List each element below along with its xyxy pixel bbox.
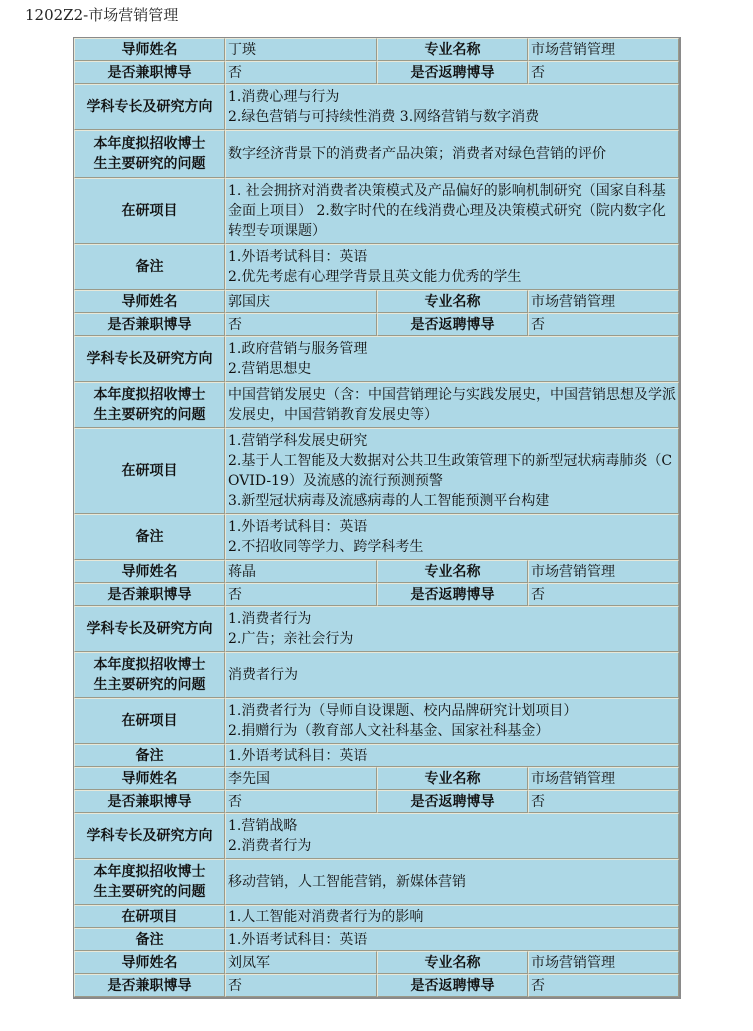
- part-time-value: 否: [225, 61, 377, 84]
- notes-label: 备注: [74, 514, 225, 560]
- notes-line: 2.优先考虑有心理学背景且英文能力优秀的学生: [228, 267, 676, 287]
- research-direction-label: 学科专长及研究方向: [74, 606, 225, 652]
- table-row: 导师姓名 刘凤军 专业名称 市场营销管理: [74, 951, 679, 974]
- phd-topics-label-line2: 生主要研究的问题: [77, 405, 222, 425]
- research-direction-line: 1.政府营销与服务管理: [228, 339, 676, 359]
- phd-topics-value: 移动营销，人工智能营销，新媒体营销: [225, 859, 679, 905]
- table-row: 在研项目 1.人工智能对消费者行为的影响: [74, 905, 679, 928]
- ongoing-projects-label: 在研项目: [74, 178, 225, 244]
- major-name-value: 市场营销管理: [528, 951, 679, 974]
- rehired-value: 否: [528, 790, 679, 813]
- phd-topics-label-line2: 生主要研究的问题: [77, 154, 222, 174]
- rehired-label: 是否返聘博导: [377, 790, 528, 813]
- table-row: 备注 1.外语考试科目：英语 2.优先考虑有心理学背景且英文能力优秀的学生: [74, 244, 679, 290]
- table-row: 学科专长及研究方向 1.消费者行为 2.广告；亲社会行为: [74, 606, 679, 652]
- notes-value: 1.外语考试科目：英语 2.优先考虑有心理学背景且英文能力优秀的学生: [225, 244, 679, 290]
- research-direction-label: 学科专长及研究方向: [74, 813, 225, 859]
- advisor-name-value: 蒋晶: [225, 560, 377, 583]
- table-row: 学科专长及研究方向 1.政府营销与服务管理 2.营销思想史: [74, 336, 679, 382]
- table-row: 是否兼职博导 否 是否返聘博导 否: [74, 583, 679, 606]
- table-row: 导师姓名 郭国庆 专业名称 市场营销管理: [74, 290, 679, 313]
- phd-topics-value: 数字经济背景下的消费者产品决策；消费者对绿色营销的评价: [225, 130, 679, 178]
- major-name-value: 市场营销管理: [528, 767, 679, 790]
- notes-line: 2.不招收同等学力、跨学科考生: [228, 537, 676, 557]
- research-direction-value: 1.政府营销与服务管理 2.营销思想史: [225, 336, 679, 382]
- major-name-label: 专业名称: [377, 767, 528, 790]
- part-time-label: 是否兼职博导: [74, 313, 225, 336]
- advisor-name-value: 丁瑛: [225, 38, 377, 61]
- research-direction-value: 1.消费者行为 2.广告；亲社会行为: [225, 606, 679, 652]
- phd-topics-label: 本年度拟招收博士 生主要研究的问题: [74, 859, 225, 905]
- major-name-value: 市场营销管理: [528, 38, 679, 61]
- advisor-name-value: 刘凤军: [225, 951, 377, 974]
- major-name-label: 专业名称: [377, 560, 528, 583]
- notes-line: 1.外语考试科目：英语: [228, 247, 676, 267]
- phd-topics-label-line2: 生主要研究的问题: [77, 882, 222, 902]
- ongoing-projects-value: 1. 社会拥挤对消费者决策模式及产品偏好的影响机制研究（国家自科基金面上项目） …: [225, 178, 679, 244]
- part-time-label: 是否兼职博导: [74, 583, 225, 606]
- table-row: 备注 1.外语考试科目：英语 2.不招收同等学力、跨学科考生: [74, 514, 679, 560]
- project-line: 1.营销学科发展史研究: [228, 431, 676, 451]
- research-direction-line: 2.广告；亲社会行为: [228, 629, 676, 649]
- notes-value: 1.外语考试科目：英语: [225, 744, 679, 767]
- advisor-name-label: 导师姓名: [74, 38, 225, 61]
- phd-topics-label-line1: 本年度拟招收博士: [77, 134, 222, 154]
- major-name-value: 市场营销管理: [528, 290, 679, 313]
- notes-value: 1.外语考试科目：英语: [225, 928, 679, 951]
- ongoing-projects-value: 1.人工智能对消费者行为的影响: [225, 905, 679, 928]
- table-row: 导师姓名 丁瑛 专业名称 市场营销管理: [74, 38, 679, 61]
- table-row: 备注 1.外语考试科目：英语: [74, 928, 679, 951]
- notes-label: 备注: [74, 244, 225, 290]
- part-time-value: 否: [225, 790, 377, 813]
- table-row: 学科专长及研究方向 1.消费心理与行为 2.绿色营销与可持续性消费 3.网络营销…: [74, 84, 679, 130]
- project-line: 1.消费者行为（导师自设课题、校内品牌研究计划项目）: [228, 701, 676, 721]
- document-title: 1202Z2-市场营销管理: [25, 4, 178, 25]
- ongoing-projects-label: 在研项目: [74, 905, 225, 928]
- phd-topics-value: 消费者行为: [225, 652, 679, 698]
- part-time-label: 是否兼职博导: [74, 790, 225, 813]
- phd-topics-label: 本年度拟招收博士 生主要研究的问题: [74, 130, 225, 178]
- part-time-label: 是否兼职博导: [74, 61, 225, 84]
- notes-label: 备注: [74, 928, 225, 951]
- rehired-label: 是否返聘博导: [377, 583, 528, 606]
- project-line: 2.基于人工智能及大数据对公共卫生政策管理下的新型冠状病毒肺炎（COVID-19…: [228, 451, 676, 491]
- phd-topics-label: 本年度拟招收博士 生主要研究的问题: [74, 652, 225, 698]
- research-direction-label: 学科专长及研究方向: [74, 84, 225, 130]
- phd-topics-label-line1: 本年度拟招收博士: [77, 655, 222, 675]
- advisor-name-label: 导师姓名: [74, 290, 225, 313]
- phd-topics-value: 中国营销发展史（含：中国营销理论与实践发展史，中国营销思想及学派发展史，中国营销…: [225, 382, 679, 428]
- major-name-label: 专业名称: [377, 38, 528, 61]
- part-time-value: 否: [225, 313, 377, 336]
- table-row: 是否兼职博导 否 是否返聘博导 否: [74, 974, 679, 997]
- table-row: 是否兼职博导 否 是否返聘博导 否: [74, 790, 679, 813]
- advisor-name-value: 李先国: [225, 767, 377, 790]
- notes-label: 备注: [74, 744, 225, 767]
- phd-topics-label: 本年度拟招收博士 生主要研究的问题: [74, 382, 225, 428]
- phd-topics-label-line2: 生主要研究的问题: [77, 675, 222, 695]
- advisor-name-label: 导师姓名: [74, 951, 225, 974]
- project-line: 3.新型冠状病毒及流感病毒的人工智能预测平台构建: [228, 491, 676, 511]
- phd-topics-label-line1: 本年度拟招收博士: [77, 385, 222, 405]
- table-row: 导师姓名 李先国 专业名称 市场营销管理: [74, 767, 679, 790]
- table-row: 备注 1.外语考试科目：英语: [74, 744, 679, 767]
- part-time-value: 否: [225, 583, 377, 606]
- phd-topics-label-line1: 本年度拟招收博士: [77, 862, 222, 882]
- table-row: 在研项目 1.营销学科发展史研究 2.基于人工智能及大数据对公共卫生政策管理下的…: [74, 428, 679, 514]
- table-row: 在研项目 1. 社会拥挤对消费者决策模式及产品偏好的影响机制研究（国家自科基金面…: [74, 178, 679, 244]
- project-line: 2.捐赠行为（教育部人文社科基金、国家社科基金）: [228, 721, 676, 741]
- advisor-name-label: 导师姓名: [74, 560, 225, 583]
- research-direction-label: 学科专长及研究方向: [74, 336, 225, 382]
- major-name-label: 专业名称: [377, 290, 528, 313]
- rehired-value: 否: [528, 974, 679, 997]
- advisor-name-value: 郭国庆: [225, 290, 377, 313]
- rehired-label: 是否返聘博导: [377, 313, 528, 336]
- table-row: 是否兼职博导 否 是否返聘博导 否: [74, 61, 679, 84]
- part-time-label: 是否兼职博导: [74, 974, 225, 997]
- table-row: 在研项目 1.消费者行为（导师自设课题、校内品牌研究计划项目） 2.捐赠行为（教…: [74, 698, 679, 744]
- major-name-label: 专业名称: [377, 951, 528, 974]
- research-direction-line: 2.营销思想史: [228, 359, 676, 379]
- research-direction-line: 1.消费者行为: [228, 609, 676, 629]
- research-direction-line: 1.营销战略: [228, 816, 676, 836]
- rehired-value: 否: [528, 61, 679, 84]
- rehired-value: 否: [528, 313, 679, 336]
- ongoing-projects-value: 1.消费者行为（导师自设课题、校内品牌研究计划项目） 2.捐赠行为（教育部人文社…: [225, 698, 679, 744]
- table-row: 是否兼职博导 否 是否返聘博导 否: [74, 313, 679, 336]
- notes-line: 1.外语考试科目：英语: [228, 517, 676, 537]
- research-direction-line: 2.消费者行为: [228, 836, 676, 856]
- research-direction-line: 2.绿色营销与可持续性消费 3.网络营销与数字消费: [228, 107, 676, 127]
- ongoing-projects-value: 1.营销学科发展史研究 2.基于人工智能及大数据对公共卫生政策管理下的新型冠状病…: [225, 428, 679, 514]
- table-row: 学科专长及研究方向 1.营销战略 2.消费者行为: [74, 813, 679, 859]
- table-row: 本年度拟招收博士 生主要研究的问题 消费者行为: [74, 652, 679, 698]
- ongoing-projects-label: 在研项目: [74, 698, 225, 744]
- table-row: 导师姓名 蒋晶 专业名称 市场营销管理: [74, 560, 679, 583]
- research-direction-line: 1.消费心理与行为: [228, 87, 676, 107]
- rehired-label: 是否返聘博导: [377, 974, 528, 997]
- part-time-value: 否: [225, 974, 377, 997]
- table-row: 本年度拟招收博士 生主要研究的问题 中国营销发展史（含：中国营销理论与实践发展史…: [74, 382, 679, 428]
- notes-value: 1.外语考试科目：英语 2.不招收同等学力、跨学科考生: [225, 514, 679, 560]
- research-direction-value: 1.消费心理与行为 2.绿色营销与可持续性消费 3.网络营销与数字消费: [225, 84, 679, 130]
- rehired-value: 否: [528, 583, 679, 606]
- research-direction-value: 1.营销战略 2.消费者行为: [225, 813, 679, 859]
- table-row: 本年度拟招收博士 生主要研究的问题 数字经济背景下的消费者产品决策；消费者对绿色…: [74, 130, 679, 178]
- major-name-value: 市场营销管理: [528, 560, 679, 583]
- ongoing-projects-label: 在研项目: [74, 428, 225, 514]
- table-row: 本年度拟招收博士 生主要研究的问题 移动营销，人工智能营销，新媒体营销: [74, 859, 679, 905]
- advisor-name-label: 导师姓名: [74, 767, 225, 790]
- rehired-label: 是否返聘博导: [377, 61, 528, 84]
- advisor-table: 导师姓名 丁瑛 专业名称 市场营销管理 是否兼职博导 否 是否返聘博导 否 学科…: [73, 37, 681, 999]
